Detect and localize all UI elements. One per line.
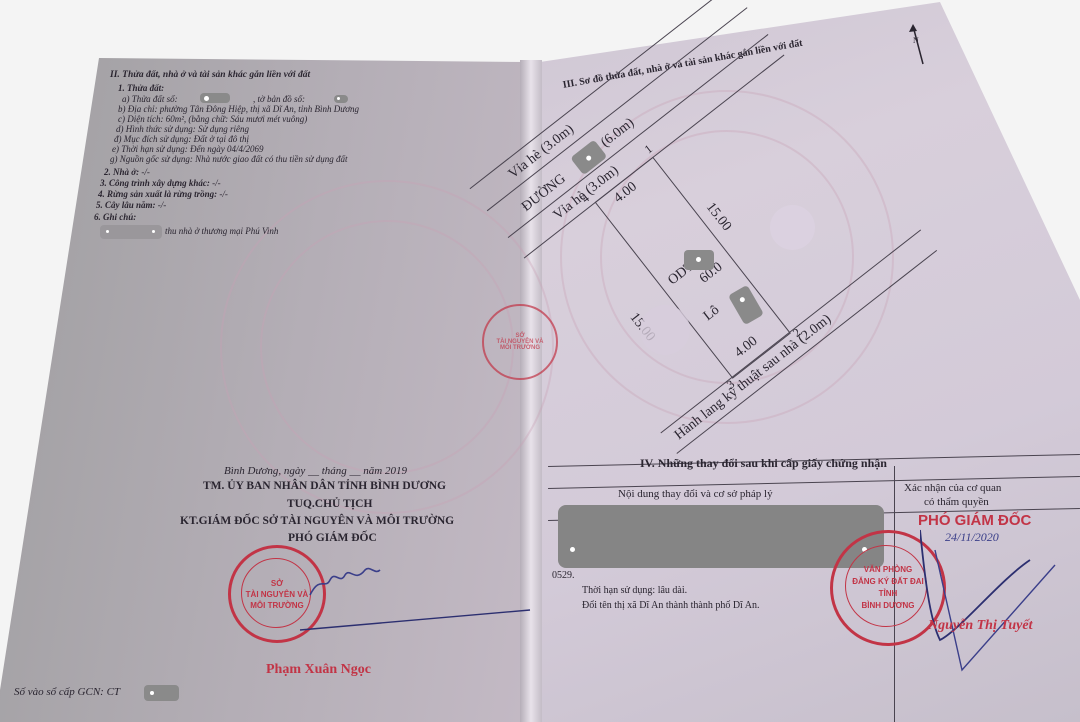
item-nha-o-value: -/- <box>141 167 150 177</box>
item-b-value: phường Tân Đông Hiệp, thị xã Dĩ An, tỉnh… <box>160 104 359 114</box>
redacted-note-prefix <box>100 225 162 239</box>
signer-name-left: Phạm Xuân Ngọc <box>266 662 371 678</box>
item-dd-value: Đất ở tại đô thị <box>194 134 249 144</box>
stamp-spine-l3: MÔI TRƯỜNG <box>500 345 540 351</box>
signing-line2: TUQ.CHỦ TỊCH <box>287 498 372 510</box>
stamp-spine: SỞ TÀI NGUYÊN VÀ MÔI TRƯỜNG <box>482 304 558 380</box>
signing-line4: PHÓ GIÁM ĐỐC <box>288 532 377 544</box>
redacted-map-number <box>334 95 348 103</box>
item-a-label: a) Thửa đất số: <box>122 94 178 104</box>
item-a-extra: , tờ bản đồ số: <box>253 94 305 104</box>
item-thua-dat: 1. Thửa đất: <box>118 83 164 93</box>
item-c-value: 60m², (bằng chữ: Sáu mươi mét vuông) <box>166 114 308 124</box>
item-g: g) Nguồn gốc sử dụng: Nhà nước giao đất … <box>110 154 348 164</box>
item-nha-o-label: 2. Nhà ở: <box>104 167 139 177</box>
drum-watermark-left-inner <box>260 220 514 474</box>
item-c-label: c) Diện tích: <box>118 114 163 124</box>
item-d: d) Hình thức sử dụng: Sử dụng riêng <box>116 124 249 134</box>
signature-right <box>920 520 1080 680</box>
change-line-2: Đổi tên thị xã Dĩ An thành thành phố Dĩ … <box>582 600 760 611</box>
item-cay-value: -/- <box>158 200 167 210</box>
item-dd-label: đ) Mục đích sử dụng: <box>114 134 191 144</box>
item-cong-trinh: 3. Công trình xây dựng khác: -/- <box>100 178 221 188</box>
item-nha-o: 2. Nhà ở: -/- <box>104 167 150 177</box>
item-rung-label: 4. Rừng sản xuất là rừng trồng: <box>98 189 217 199</box>
item-b: b) Địa chỉ: phường Tân Đông Hiệp, thị xã… <box>118 104 359 114</box>
north-label: N <box>913 36 919 45</box>
confirm-signer: Nguyễn Thị Tuyết <box>928 618 1032 634</box>
col1-header: Nội dung thay đổi và cơ sở pháp lý <box>618 488 773 500</box>
redacted-change-content <box>558 505 884 568</box>
item-g-label: g) Nguồn gốc sử dụng: <box>110 154 193 164</box>
change-line-0: 0529. <box>552 570 575 581</box>
redacted-registry-number <box>144 685 179 701</box>
signature-left <box>280 555 540 635</box>
col2-header-line2: có thẩm quyền <box>924 496 989 508</box>
item-cong-trinh-label: 3. Công trình xây dựng khác: <box>100 178 210 188</box>
item-a: a) Thửa đất số: <box>122 94 178 104</box>
redacted-blob-2 <box>640 305 690 355</box>
item-c: c) Diện tích: 60m², (bằng chữ: Sáu mươi … <box>118 114 307 124</box>
item-e-label: e) Thời hạn sử dụng: <box>112 144 188 154</box>
item-dd: đ) Mục đích sử dụng: Đất ở tại đô thị <box>114 134 249 144</box>
item-e-value: Đến ngày 04/4/2069 <box>190 144 264 154</box>
item-d-value: Sử dụng riêng <box>198 124 249 134</box>
item-g-value: Nhà nước giao đất có thu tiền sử dụng đấ… <box>195 154 347 164</box>
section-ii-title: II. Thửa đất, nhà ở và tài sản khác gắn … <box>110 70 310 80</box>
col2-header-line1: Xác nhận của cơ quan <box>904 482 1001 494</box>
signing-line1: TM. ỦY BAN NHÂN DÂN TỈNH BÌNH DƯƠNG <box>203 480 446 492</box>
redacted-area-code <box>684 250 714 270</box>
place-date: Bình Dương, ngày __ tháng __ năm 2019 <box>224 465 407 477</box>
item-d-label: d) Hình thức sử dụng: <box>116 124 196 134</box>
item-cay: 5. Cây lâu năm: -/- <box>96 200 166 210</box>
item-cay-label: 5. Cây lâu năm: <box>96 200 156 210</box>
item-ghi-chu: 6. Ghi chú: <box>94 212 136 222</box>
item-b-label: b) Địa chỉ: <box>118 104 158 114</box>
item-rung-value: -/- <box>219 189 228 199</box>
change-line-1: Thời hạn sử dụng: lâu dài. <box>582 585 687 596</box>
item-rung: 4. Rừng sản xuất là rừng trồng: -/- <box>98 189 228 199</box>
registry-number-label: Số vào sổ cấp GCN: CT <box>14 686 120 698</box>
north-arrow-icon <box>905 22 935 72</box>
item-cong-trinh-value: -/- <box>212 178 221 188</box>
changes-title: IV. Những thay đổi sau khi cấp giấy chứn… <box>640 456 887 471</box>
item-e: e) Thời hạn sử dụng: Đến ngày 04/4/2069 <box>112 144 263 154</box>
redacted-blob-1 <box>770 205 815 250</box>
signing-line3: KT.GIÁM ĐỐC SỞ TÀI NGUYÊN VÀ MÔI TRƯỜNG <box>180 515 454 527</box>
redacted-parcel-number <box>200 93 230 103</box>
note-text: thu nhà ở thương mại Phú Vinh <box>165 226 278 236</box>
